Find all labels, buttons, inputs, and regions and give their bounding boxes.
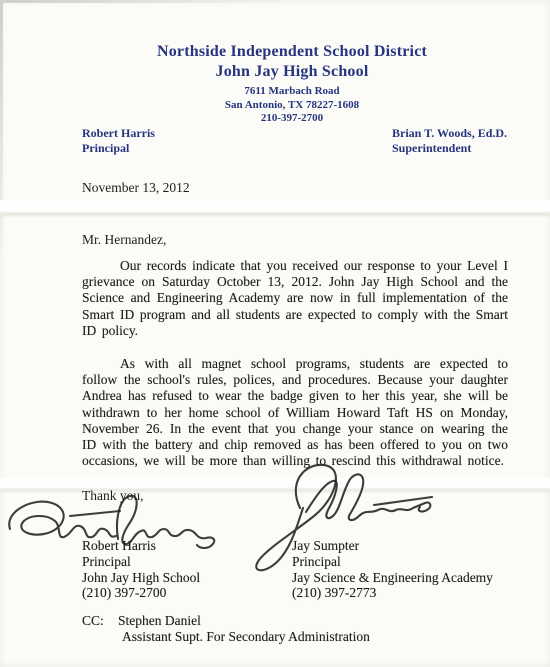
- scanned-letter-page: Northside Independent School District Jo…: [0, 0, 550, 667]
- official-principal: Robert Harris Principal: [82, 126, 155, 156]
- letter-date: November 13, 2012: [82, 180, 190, 196]
- official-superintendent-name: Brian T. Woods, Ed.D.: [392, 126, 507, 141]
- official-superintendent: Brian T. Woods, Ed.D. Superintendent: [392, 126, 507, 156]
- signer-right-org: Jay Science & Engineering Academy: [292, 570, 493, 586]
- letterhead-phone: 210-397-2700: [17, 112, 550, 126]
- paragraph-1: Our records indicate that you received o…: [82, 258, 508, 339]
- signer-right-phone: (210) 397-2773: [292, 585, 493, 601]
- salutation: Mr. Hernandez,: [82, 232, 166, 248]
- paragraph-2: As with all magnet school programs, stud…: [82, 356, 508, 469]
- letterhead: Northside Independent School District Jo…: [17, 42, 550, 126]
- letterhead-address-line1: 7611 Marbach Road: [17, 85, 550, 99]
- signer-right-title: Principal: [292, 554, 493, 570]
- cc-title: Assistant Supt. For Secondary Administra…: [122, 629, 370, 645]
- signature-block-right: Jay Sumpter Principal Jay Science & Engi…: [292, 538, 493, 601]
- signer-left-org: John Jay High School: [82, 570, 200, 586]
- cc-label: CC:: [82, 613, 118, 629]
- signer-left-phone: (210) 397-2700: [82, 585, 200, 601]
- letterhead-address-line2: San Antonio, TX 78227-1608: [17, 99, 550, 113]
- signer-left-name: Robert Harris: [82, 538, 200, 554]
- closing-phrase: Thank you,: [82, 488, 144, 504]
- signature-block-left: Robert Harris Principal John Jay High Sc…: [82, 538, 200, 601]
- official-principal-title: Principal: [82, 141, 155, 156]
- scan-edge-left: [0, 0, 3, 267]
- letterhead-school: John Jay High School: [17, 62, 550, 82]
- signer-left-title: Principal: [82, 554, 200, 570]
- paper-fold-crease-upper: [0, 200, 550, 218]
- cc-name: Stephen Daniel: [118, 613, 201, 628]
- signer-right-name: Jay Sumpter: [292, 538, 493, 554]
- scan-edge-top: [0, 0, 550, 3]
- letterhead-district: Northside Independent School District: [17, 42, 550, 62]
- cc-section: CC:Stephen Daniel Assistant Supt. For Se…: [82, 613, 370, 645]
- official-superintendent-title: Superintendent: [392, 141, 507, 156]
- cc-line: CC:Stephen Daniel: [82, 613, 370, 629]
- official-principal-name: Robert Harris: [82, 126, 155, 141]
